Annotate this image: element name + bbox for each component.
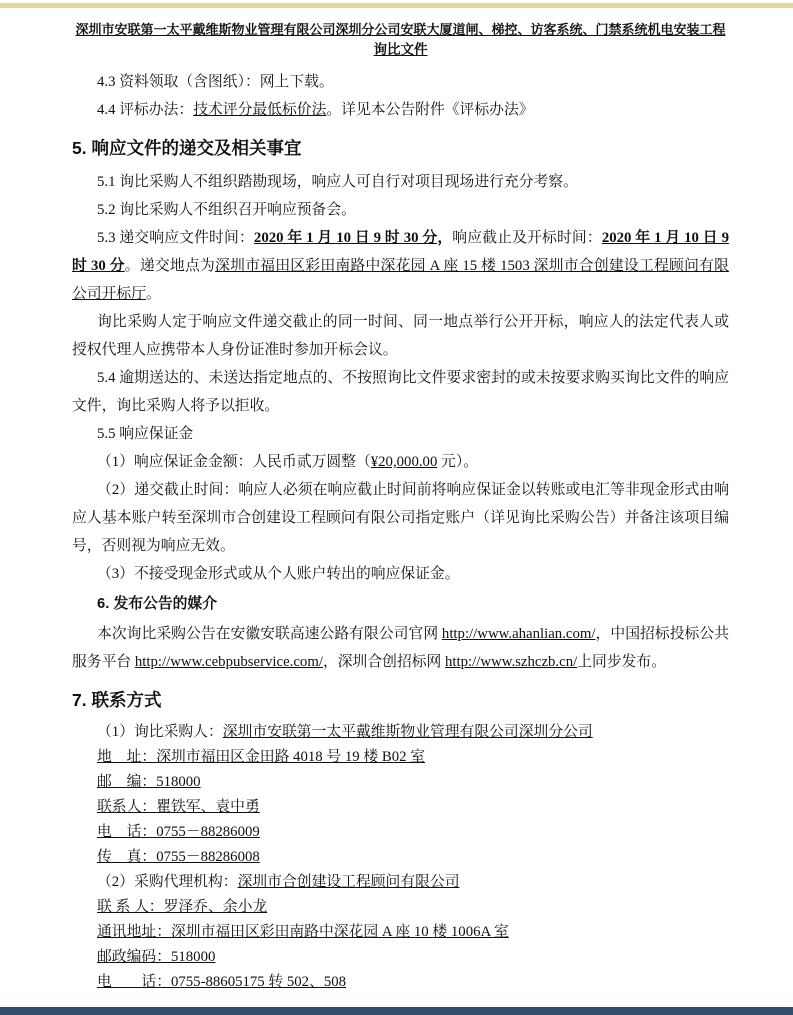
agency-zip: 邮政编码：518000 [97, 949, 215, 965]
agency-person: 联 系 人：罗泽乔、余小龙 [97, 899, 267, 915]
buyer-fax: 传 真：0755－88286008 [97, 849, 260, 865]
deposit-suffix: 元）。 [437, 454, 478, 470]
buyer-fax-line: 传 真：0755－88286008 [72, 845, 729, 870]
buyer-person: 联系人：瞿铁军、袁中勇 [97, 799, 260, 815]
para-5-3-end: 。 [146, 286, 161, 302]
para-5-1: 5.1 询比采购人不组织踏勘现场，响应人可自行对项目现场进行充分考察。 [72, 168, 729, 196]
document-content: 深圳市安联第一太平戴维斯物业管理有限公司深圳分公司安联大厦道闸、梯控、访客系统、… [0, 0, 793, 995]
para-5-5-3: （3）不接受现金形式或从个人账户转出的响应保证金。 [72, 560, 729, 588]
para-5-5: 5.5 响应保证金 [72, 420, 729, 448]
buyer-tel: 电 话：0755－88286009 [97, 824, 260, 840]
para-5-5-2: （2）递交截止时间：响应人必须在响应截止时间前将响应保证金以转账或电汇等非现金形… [72, 476, 729, 560]
document-subtitle: 询比文件 [72, 39, 729, 60]
buyer-address-line: 地 址：深圳市福田区金田路 4018 号 19 楼 B02 室 [72, 745, 729, 770]
buyer-address: 地 址：深圳市福田区金田路 4018 号 19 楼 B02 室 [97, 749, 425, 765]
agency-person-line: 联 系 人：罗泽乔、余小龙 [72, 895, 729, 920]
para-4-3: 4.3 资料领取（含图纸）：网上下载。 [72, 68, 729, 96]
para-5-3b: 询比采购人定于响应文件递交截止的同一时间、同一地点举行公开开标，响应人的法定代表… [72, 308, 729, 364]
para-5-3-comma: ， [437, 230, 452, 246]
buyer-person-line: 联系人：瞿铁军、袁中勇 [72, 795, 729, 820]
buyer-name: 深圳市安联第一太平戴维斯物业管理有限公司深圳分公司 [223, 724, 593, 740]
agency-label: （2）采购代理机构： [97, 874, 238, 890]
para-5-3: 5.3 递交响应文件时间：2020 年 1 月 10 日 9 时 30 分，响应… [72, 224, 729, 308]
top-border-line [0, 3, 793, 8]
deposit-prefix: （1）响应保证金金额：人民币贰万圆整（ [97, 454, 371, 470]
section-heading-7: 7. 联系方式 [72, 688, 729, 712]
document-page: 深圳市安联第一太平戴维斯物业管理有限公司深圳分公司安联大厦道闸、梯控、访客系统、… [0, 0, 793, 1015]
document-header: 深圳市安联第一太平戴维斯物业管理有限公司深圳分公司安联大厦道闸、梯控、访客系统、… [72, 20, 729, 60]
para-5-3-mid: 响应截止及开标时间： [452, 230, 602, 246]
buyer-tel-line: 电 话：0755－88286009 [72, 820, 729, 845]
para-4-4: 4.4 评标办法：技术评分最低标价法。详见本公告附件《评标办法》 [72, 96, 729, 124]
agency-address: 通讯地址：深圳市福田区彩田南路中深花园 A 座 10 楼 1006A 室 [97, 924, 509, 940]
para-5-3-mid2: 。递交地点为 [125, 258, 215, 274]
buyer-label: （1）询比采购人： [97, 724, 223, 740]
media-text-1: 本次询比采购公告在安徽安联高速公路有限公司官网 [97, 626, 442, 642]
agency-name: 深圳市合创建设工程顾问有限公司 [238, 874, 460, 890]
agency-name-line: （2）采购代理机构：深圳市合创建设工程顾问有限公司 [72, 870, 729, 895]
deposit-amount: ¥20,000.00 [371, 454, 438, 470]
section-heading-6: 6. 发布公告的媒介 [72, 590, 729, 618]
para-5-4: 5.4 逾期送达的、未送达指定地点的、不按照询比文件要求密封的或未按要求购买询比… [72, 364, 729, 420]
buyer-zip-line: 邮 编：518000 [72, 770, 729, 795]
document-title: 深圳市安联第一太平戴维斯物业管理有限公司深圳分公司安联大厦道闸、梯控、访客系统、… [72, 20, 729, 39]
para-4-4-prefix: 4.4 评标办法： [97, 102, 193, 118]
submission-time: 2020 年 1 月 10 日 9 时 30 分 [254, 230, 437, 246]
para-5-2: 5.2 询比采购人不组织召开响应预备会。 [72, 196, 729, 224]
para-6: 本次询比采购公告在安徽安联高速公路有限公司官网 http://www.ahanl… [72, 620, 729, 676]
para-5-5-1: （1）响应保证金金额：人民币贰万圆整（¥20,000.00 元）。 [72, 448, 729, 476]
agency-zip-line: 邮政编码：518000 [72, 945, 729, 970]
agency-tel: 电 话：0755-88605175 转 502、508 [97, 974, 346, 990]
agency-tel-line: 电 话：0755-88605175 转 502、508 [72, 970, 729, 995]
bottom-bar [0, 1007, 793, 1015]
buyer-name-line: （1）询比采购人：深圳市安联第一太平戴维斯物业管理有限公司深圳分公司 [72, 720, 729, 745]
media-text-4: 上同步发布。 [577, 654, 666, 670]
media-text-3: ，深圳合创招标网 [323, 654, 445, 670]
section-heading-5: 5. 响应文件的递交及相关事宜 [72, 136, 729, 160]
para-4-4-suffix: 。详见本公告附件《评标办法》 [326, 102, 533, 118]
para-5-3-prefix: 5.3 递交响应文件时间： [97, 230, 254, 246]
link-ahanlian[interactable]: http://www.ahanlian.com/ [442, 626, 596, 642]
buyer-zip: 邮 编：518000 [97, 774, 201, 790]
agency-address-line: 通讯地址：深圳市福田区彩田南路中深花园 A 座 10 楼 1006A 室 [72, 920, 729, 945]
link-szhczb[interactable]: http://www.szhczb.cn/ [445, 654, 577, 670]
link-cebpubservice[interactable]: http://www.cebpubservice.com/ [135, 654, 323, 670]
para-4-4-method: 技术评分最低标价法 [193, 102, 326, 118]
